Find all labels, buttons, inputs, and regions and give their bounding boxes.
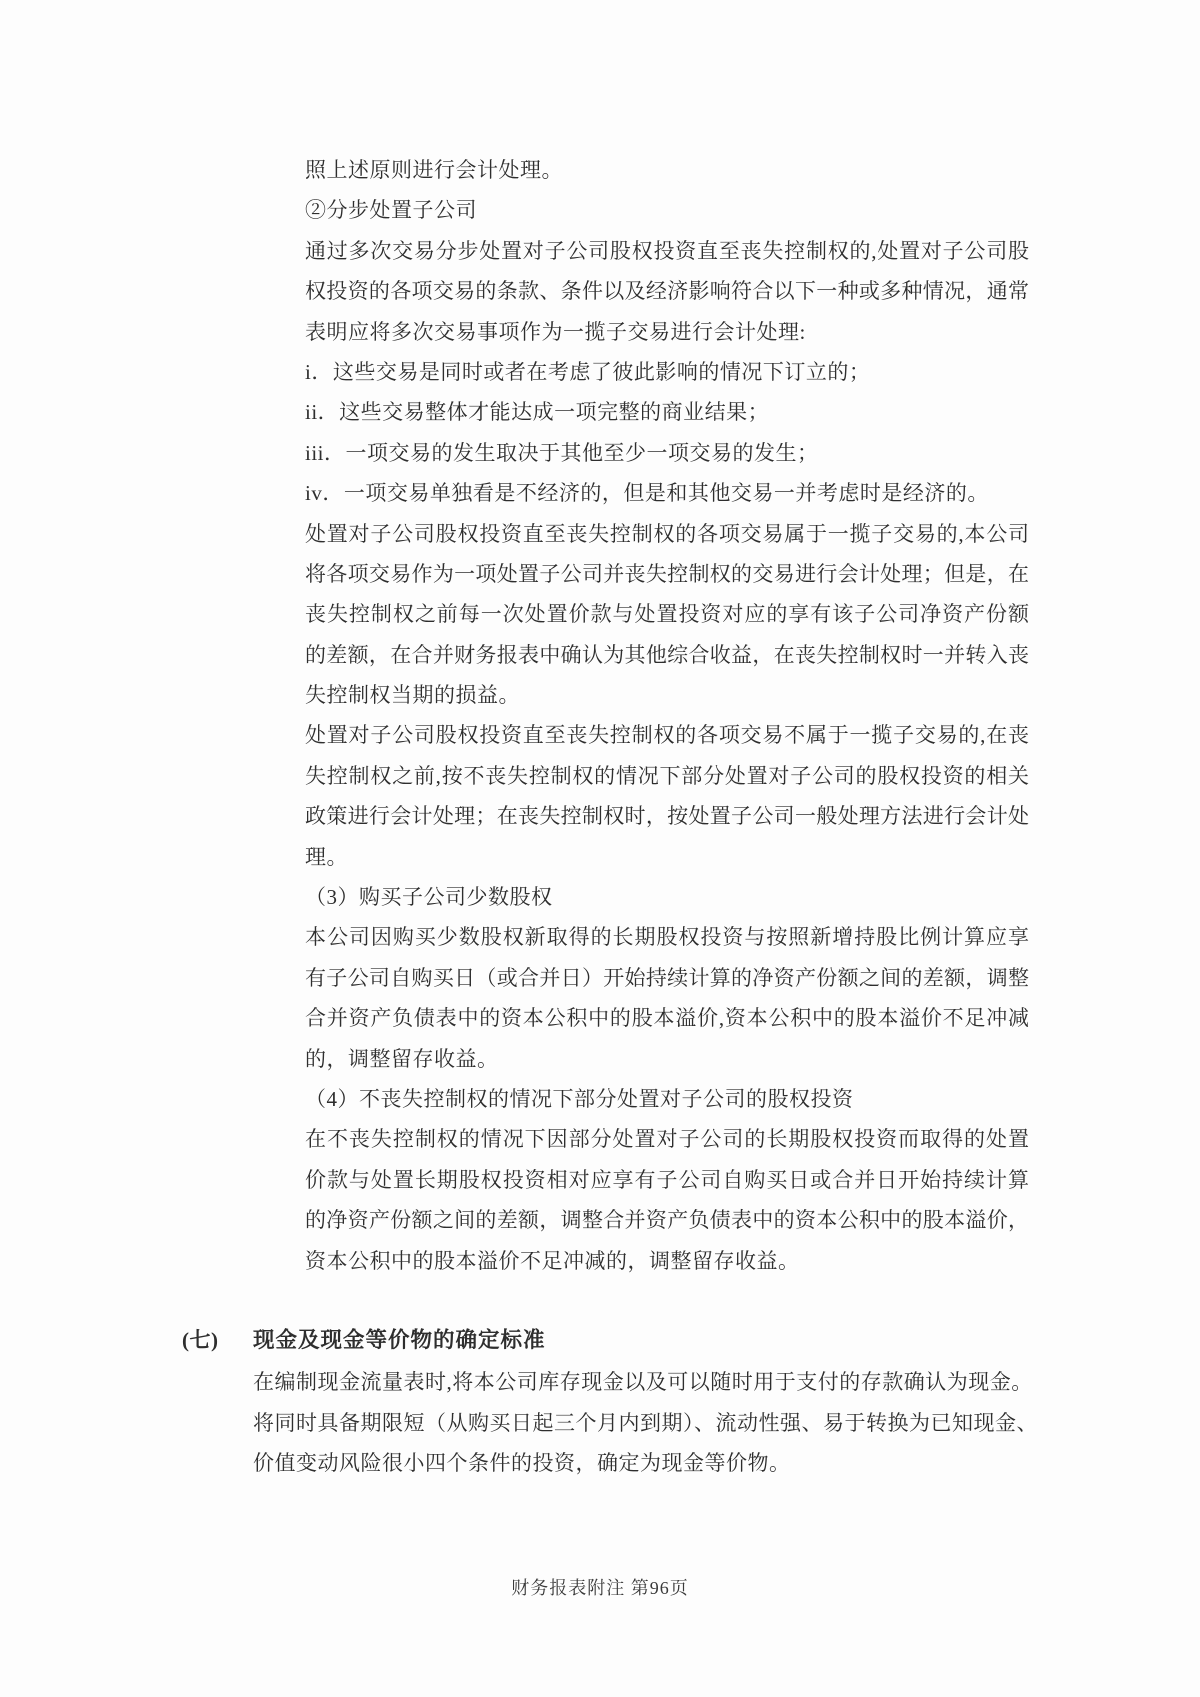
text-line: （4）不丧失控制权的情况下部分处置对子公司的股权投资 (305, 1079, 1029, 1119)
text-line: 丧失控制权之前每一次处置价款与处置投资对应的享有该子公司净资产份额 (305, 594, 1029, 634)
text-line: 合并资产负债表中的资本公积中的股本溢价,资本公积中的股本溢价不足冲减 (305, 998, 1029, 1038)
text-line: 失控制权之前,按不丧失控制权的情况下部分处置对子公司的股权投资的相关 (305, 756, 1029, 796)
main-text-block: 照上述原则进行会计处理。②分步处置子公司通过多次交易分步处置对子公司股权投资直至… (305, 150, 1029, 1281)
text-line: 表明应将多次交易事项作为一揽子交易进行会计处理: (305, 312, 1029, 352)
text-line: 将各项交易作为一项处置子公司并丧失控制权的交易进行会计处理；但是，在 (305, 554, 1029, 594)
text-line: 的净资产份额之间的差额，调整合并资产负债表中的资本公积中的股本溢价， (305, 1200, 1029, 1240)
text-line: 的，调整留存收益。 (305, 1039, 1029, 1079)
text-line: 处置对子公司股权投资直至丧失控制权的各项交易属于一揽子交易的,本公司 (305, 514, 1029, 554)
text-line: 失控制权当期的损益。 (305, 675, 1029, 715)
text-line: 照上述原则进行会计处理。 (305, 150, 1029, 190)
text-line: 将同时具备期限短（从购买日起三个月内到期）、流动性强、易于转换为已知现金、 (253, 1403, 1036, 1444)
text-line: iii．一项交易的发生取决于其他至少一项交易的发生； (305, 433, 1029, 473)
text-line: iv．一项交易单独看是不经济的，但是和其他交易一并考虑时是经济的。 (305, 473, 1029, 513)
section-number: (七) (182, 1320, 219, 1360)
text-line: 的差额，在合并财务报表中确认为其他综合收益，在丧失控制权时一并转入丧 (305, 635, 1029, 675)
text-line: 理。 (305, 837, 1029, 877)
text-line: 在不丧失控制权的情况下因部分处置对子公司的长期股权投资而取得的处置 (305, 1119, 1029, 1159)
text-line: 价款与处置长期股权投资相对应享有子公司自购买日或合并日开始持续计算 (305, 1160, 1029, 1200)
text-line: ii．这些交易整体才能达成一项完整的商业结果； (305, 392, 1029, 432)
text-line: 有子公司自购买日（或合并日）开始持续计算的净资产份额之间的差额，调整 (305, 958, 1029, 998)
text-line: ②分步处置子公司 (305, 190, 1029, 230)
text-line: （3）购买子公司少数股权 (305, 877, 1029, 917)
text-line: 权投资的各项交易的条款、条件以及经济影响符合以下一种或多种情况，通常 (305, 271, 1029, 311)
text-line: 价值变动风险很小四个条件的投资，确定为现金等价物。 (253, 1443, 1036, 1484)
text-line: i．这些交易是同时或者在考虑了彼此影响的情况下订立的； (305, 352, 1029, 392)
document-page: 照上述原则进行会计处理。②分步处置子公司通过多次交易分步处置对子公司股权投资直至… (0, 0, 1200, 1697)
footer-page-label: 财务报表附注 第96页 (0, 1574, 1200, 1600)
section-body-block: 在编制现金流量表时,将本公司库存现金以及可以随时用于支付的存款确认为现金。将同时… (253, 1362, 1036, 1484)
section-title: 现金及现金等价物的确定标准 (253, 1320, 546, 1360)
text-line: 处置对子公司股权投资直至丧失控制权的各项交易不属于一揽子交易的,在丧 (305, 715, 1029, 755)
text-line: 在编制现金流量表时,将本公司库存现金以及可以随时用于支付的存款确认为现金。 (253, 1362, 1036, 1403)
text-line: 通过多次交易分步处置对子公司股权投资直至丧失控制权的,处置对子公司股 (305, 231, 1029, 271)
text-line: 政策进行会计处理；在丧失控制权时，按处置子公司一般处理方法进行会计处 (305, 796, 1029, 836)
text-line: 本公司因购买少数股权新取得的长期股权投资与按照新增持股比例计算应享 (305, 917, 1029, 957)
text-line: 资本公积中的股本溢价不足冲减的，调整留存收益。 (305, 1241, 1029, 1281)
